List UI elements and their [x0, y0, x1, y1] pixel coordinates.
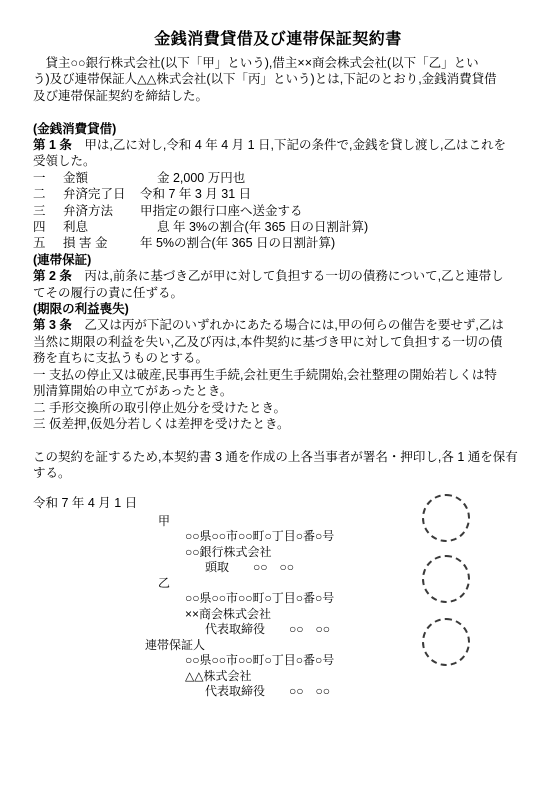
party-signer: 頭取 ○○ ○○: [205, 560, 526, 576]
article-3-line-3: 務を直ちに支払うものとする。: [33, 350, 526, 366]
signature-section: 甲 ○○県○○市○○町○丁目○番○号 ○○銀行株式会社 頭取 ○○ ○○ 乙 ○…: [33, 514, 526, 700]
party-role-label: 甲: [158, 514, 526, 530]
text-line: 及び連帯保証契約を締結した。: [33, 88, 526, 104]
party-address: ○○県○○市○○町○丁目○番○号: [185, 529, 526, 545]
term-number: 二: [33, 186, 63, 202]
term-row-interest: 四 利息 息 年 3%の割合(年 365 日の日割計算): [33, 219, 526, 235]
article-3-line-1: 第 3 条 乙又は丙が下記のいずれかにあたる場合には,甲の何らの催告を要せず,乙…: [33, 317, 526, 333]
contract-document-page: 金銭消費貸借及び連帯保証契約書 貸主○○銀行株式会社(以下「甲」という),借主×…: [0, 0, 556, 808]
party-company: ○○銀行株式会社: [185, 545, 526, 561]
acceleration-item-2: 二 手形交換所の取引停止処分を受けたとき。: [33, 400, 526, 416]
party-address: ○○県○○市○○町○丁目○番○号: [185, 591, 526, 607]
term-row-damages: 五 損 害 金 年 5%の割合(年 365 日の日割計算): [33, 235, 526, 251]
section-header-guarantee: (連帯保証): [33, 252, 526, 268]
party-role-label: 乙: [158, 576, 526, 592]
text-line: 貸主○○銀行株式会社(以下「甲」という),借主××商会株式会社(以下「乙」とい: [33, 55, 526, 71]
term-row-amount: 一 金額 金 2,000 万円也: [33, 170, 526, 186]
term-number: 四: [33, 219, 63, 235]
party-address: ○○県○○市○○町○丁目○番○号: [185, 653, 526, 669]
term-value: 令和 7 年 3 月 31 日: [140, 186, 526, 202]
intro-paragraph: 貸主○○銀行株式会社(以下「甲」という),借主××商会株式会社(以下「乙」とい …: [33, 55, 526, 104]
party-signer: 代表取締役 ○○ ○○: [205, 684, 526, 700]
article-2-line-2: てその履行の責に任ずる。: [33, 285, 526, 301]
term-value: 甲指定の銀行口座へ送金する: [140, 203, 526, 219]
loan-terms-list: 一 金額 金 2,000 万円也 二 弁済完了日 令和 7 年 3 月 31 日…: [33, 170, 526, 252]
acceleration-item-3: 三 仮差押,仮処分若しくは差押を受けたとき。: [33, 416, 526, 432]
term-value: 年 5%の割合(年 365 日の日割計算): [140, 235, 526, 251]
term-number: 一: [33, 170, 63, 186]
closing-line-2: する。: [33, 465, 526, 481]
party-company: ××商会株式会社: [185, 607, 526, 623]
article-1: 第 1 条 甲は,乙に対し,令和 4 年 4 月 1 日,下記の条件で,金銭を貸…: [33, 137, 526, 170]
term-row-repayment-method: 三 弁済方法 甲指定の銀行口座へ送金する: [33, 203, 526, 219]
term-value: 金 2,000 万円也: [157, 170, 526, 186]
term-value: 息 年 3%の割合(年 365 日の日割計算): [157, 219, 526, 235]
article-2-line-1: 第 2 条 丙は,前条に基づき乙が甲に対して負担する一切の債務について,乙と連帯…: [33, 268, 526, 284]
term-label: 損 害 金: [63, 235, 140, 251]
party-signer: 代表取締役 ○○ ○○: [205, 622, 526, 638]
acceleration-item-1-line-2: 別清算開始の申立てがあったとき。: [33, 383, 526, 399]
closing-paragraph: この契約を証するため,本契約書 3 通を作成の上各当事者が署名・押印し,各 1 …: [33, 449, 526, 482]
term-row-repayment-date: 二 弁済完了日 令和 7 年 3 月 31 日: [33, 186, 526, 202]
term-label: 利息: [63, 219, 157, 235]
term-number: 五: [33, 235, 63, 251]
seal-placeholder-circle: [422, 618, 470, 666]
seal-placeholder-circle: [422, 494, 470, 542]
party-company: △△株式会社: [185, 669, 526, 685]
text-line: う)及び連帯保証人△△株式会社(以下「丙」という)とは,下記のとおり,金銭消費貸…: [33, 71, 526, 87]
term-number: 三: [33, 203, 63, 219]
section-header-acceleration: (期限の利益喪失): [33, 301, 526, 317]
article-2: 第 2 条 丙は,前条に基づき乙が甲に対して負担する一切の債務について,乙と連帯…: [33, 268, 526, 301]
term-label: 弁済完了日: [63, 186, 140, 202]
article-2-number: 第 2 条: [33, 269, 72, 283]
term-label: 弁済方法: [63, 203, 140, 219]
article-3-number: 第 3 条: [33, 318, 72, 332]
article-1-line-1: 第 1 条 甲は,乙に対し,令和 4 年 4 月 1 日,下記の条件で,金銭を貸…: [33, 137, 526, 153]
article-3-line-2: 当然に期限の利益を失い,乙及び丙は,本件契約に基づき甲に対して負担する一切の債: [33, 334, 526, 350]
contract-title: 金銭消費貸借及び連帯保証契約書: [33, 30, 523, 50]
seal-placeholder-circle: [422, 555, 470, 603]
section-header-loan: (金銭消費貸借): [33, 121, 526, 137]
acceleration-item-1-line-1: 一 支払の停止又は破産,民事再生手続,会社更生手続開始,会社整理の開始若しくは特: [33, 367, 526, 383]
term-label: 金額: [63, 170, 157, 186]
article-1-number: 第 1 条: [33, 138, 72, 152]
article-3: 第 3 条 乙又は丙が下記のいずれかにあたる場合には,甲の何らの催告を要せず,乙…: [33, 317, 526, 432]
article-1-line-2: 受領した。: [33, 153, 526, 169]
closing-line-1: この契約を証するため,本契約書 3 通を作成の上各当事者が署名・押印し,各 1 …: [33, 449, 526, 465]
